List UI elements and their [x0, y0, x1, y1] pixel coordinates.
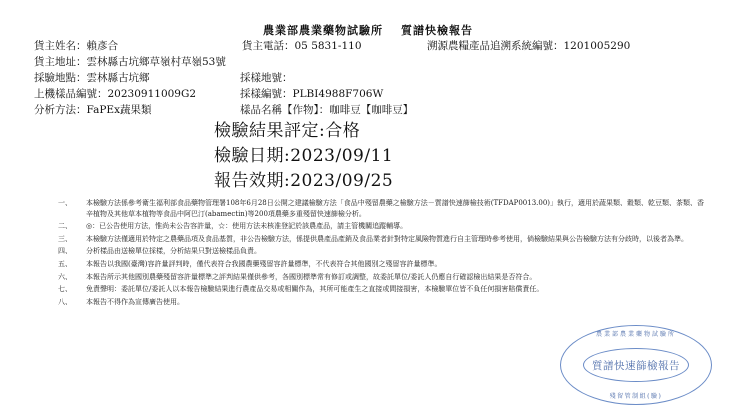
owner-address-value: 雲林縣古坑鄉草嶺村草嶺53號 [87, 56, 226, 68]
report-type: 質譜快檢報告 [401, 24, 473, 37]
result-verdict: 檢驗結果評定:合格 [214, 120, 360, 142]
sample-name-field: 樣品名稱【作物】：咖啡豆【咖啡豆】 [240, 103, 413, 117]
sampling-lot-label: 採樣地號： [240, 72, 293, 84]
stamp-dept-text: 殘留管制組(驗) [561, 391, 711, 400]
sampling-place-value: 雲林縣古坑鄉 [87, 72, 150, 84]
note-item: 八、本報告不得作為宣傳廣告使用。 [58, 297, 706, 308]
owner-address-field: 貨主地址：雲林縣古坑鄉草嶺村草嶺53號 [34, 55, 226, 69]
note-text: 本檢驗方法僅適用於特定之農藥品項及食品基質，非公告檢驗方法，係提供農產品產銷及食… [86, 234, 706, 245]
trace-no-label: 溯源農糧產品追溯系統編號： [427, 40, 564, 52]
note-number: 七、 [58, 284, 86, 295]
upload-no-label: 上機樣品編號： [34, 88, 108, 100]
owner-phone-value: 05 5831-110 [295, 40, 362, 52]
note-number: 二、 [58, 221, 86, 232]
org-name: 農業部農業藥物試驗所 [263, 24, 383, 37]
test-date: 檢驗日期:2023/09/11 [214, 145, 393, 167]
note-number: 五、 [58, 259, 86, 270]
trace-no-field: 溯源農糧產品追溯系統編號：1201005290 [427, 39, 630, 53]
note-text: ◎：已公告使用方法，惟尚未公告容許量，☆：使用方法未核准登記於該農產品，請主管機… [86, 221, 706, 232]
sampling-place-field: 採驗地點：雲林縣古坑鄉 [34, 71, 150, 85]
note-text: 免責聲明：委託單位/委託人以本報告檢驗結果進行農產品交易或相關作為，其所可能產生… [86, 284, 706, 295]
note-text: 本檢驗方法係參考衛生福利部食品藥物管理署108年6月28日公開之建議檢驗方法「食… [86, 198, 706, 219]
sample-no-field: 採樣編號：PLBI4988F706W [240, 87, 383, 101]
owner-phone-field: 貨主電話：05 5831-110 [242, 39, 362, 53]
note-item: 五、本報告以我國(臺灣)容許量評判時，僅代表符合我國農藥殘留容許量標準，不代表符… [58, 259, 706, 270]
note-text: 本報告不得作為宣傳廣告使用。 [86, 297, 706, 308]
owner-name-field: 貨主姓名：賴彥合 [34, 39, 118, 53]
sampling-lot-field: 採樣地號： [240, 71, 293, 85]
owner-address-label: 貨主地址： [34, 56, 87, 68]
note-item: 四、分析樣品由送檢單位採樣，分析結果只對送檢樣品負責。 [58, 246, 706, 257]
note-item: 一、本檢驗方法係參考衛生福利部食品藥物管理署108年6月28日公開之建議檢驗方法… [58, 198, 706, 219]
note-item: 六、本報告所示其他國別農藥殘留容許量標準之評判結果僅供參考，各國別標準常有修訂或… [58, 272, 706, 283]
owner-name-value: 賴彥合 [87, 40, 119, 52]
sampling-place-label: 採驗地點： [34, 72, 87, 84]
method-label: 分析方法： [34, 104, 87, 116]
note-number: 四、 [58, 246, 86, 257]
stamp-org-text: 農業部農業藥物試驗所 [561, 329, 711, 338]
upload-no-value: 20230911009G2 [108, 88, 197, 100]
note-text: 分析樣品由送檢單位採樣，分析結果只對送檢樣品負責。 [86, 246, 706, 257]
stamp-inner-ellipse: 質譜快速篩檢報告 [583, 348, 689, 382]
note-item: 二、◎：已公告使用方法，惟尚未公告容許量，☆：使用方法未核准登記於該農產品，請主… [58, 221, 706, 232]
note-item: 三、本檢驗方法僅適用於特定之農藥品項及食品基質，非公告檢驗方法，係提供農產品產銷… [58, 234, 706, 245]
sample-no-value: PLBI4988F706W [293, 88, 384, 100]
note-text: 本報告以我國(臺灣)容許量評判時，僅代表符合我國農藥殘留容許量標準，不代表符合其… [86, 259, 706, 270]
note-number: 三、 [58, 234, 86, 245]
valid-date: 報告效期:2023/09/25 [214, 170, 393, 192]
note-number: 八、 [58, 297, 86, 308]
trace-no-value: 1201005290 [564, 40, 631, 52]
note-text: 本報告所示其他國別農藥殘留容許量標準之評判結果僅供參考，各國別標準常有修訂或調整… [86, 272, 706, 283]
official-seal-stamp: 農業部農業藥物試驗所 質譜快速篩檢報告 殘留管制組(驗) [560, 325, 712, 405]
method-value: FaPEx蔬果類 [87, 104, 152, 116]
sample-no-label: 採樣編號： [240, 88, 293, 100]
report-title: 農業部農業藥物試驗所質譜快檢報告 [0, 22, 736, 38]
owner-phone-label: 貨主電話： [242, 40, 295, 52]
sample-name-value: 咖啡豆【咖啡豆】 [329, 104, 413, 116]
note-number: 六、 [58, 272, 86, 283]
stamp-center-text: 質譜快速篩檢報告 [592, 358, 680, 373]
upload-no-field: 上機樣品編號：20230911009G2 [34, 87, 196, 101]
owner-name-label: 貨主姓名： [34, 40, 87, 52]
method-field: 分析方法：FaPEx蔬果類 [34, 103, 151, 117]
sample-name-label: 樣品名稱【作物】： [240, 104, 329, 116]
note-item: 七、免責聲明：委託單位/委託人以本報告檢驗結果進行農產品交易或相關作為，其所可能… [58, 284, 706, 295]
note-number: 一、 [58, 198, 86, 219]
notes-list: 一、本檢驗方法係參考衛生福利部食品藥物管理署108年6月28日公開之建議檢驗方法… [58, 198, 706, 309]
